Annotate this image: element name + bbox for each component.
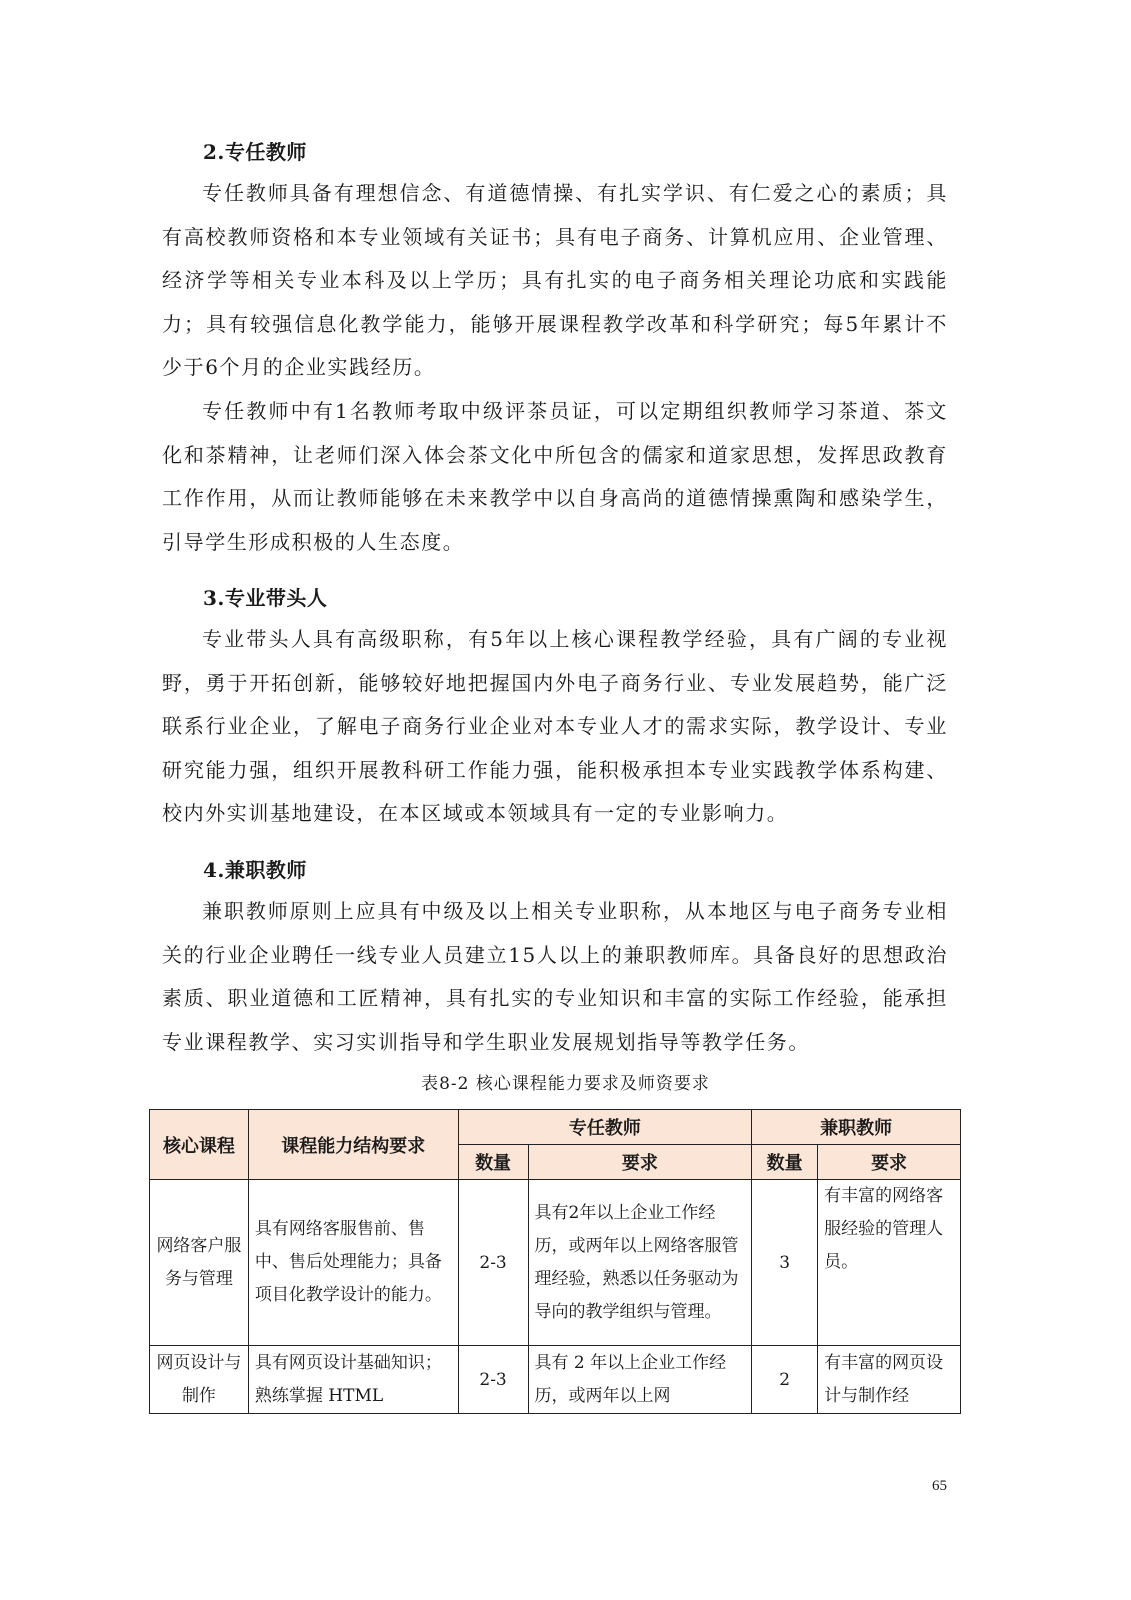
header-fulltime-count: 数量 — [458, 1145, 528, 1180]
table-row: 网络客户服务与管理 具有网络客服售前、售中、售后处理能力；具备项目化教学设计的能… — [150, 1180, 961, 1346]
paragraph-program-leader: 专业带头人具有高级职称，有5年以上核心课程教学经验，具有广阔的专业视野，勇于开拓… — [162, 618, 948, 836]
document-page: 2.专任教师 专任教师具备有理想信念、有道德情操、有扎实学识、有仁爱之心的素质；… — [0, 0, 1131, 1600]
section-heading-parttime-teachers: 4.兼职教师 — [203, 854, 307, 883]
paragraph-parttime-teachers: 兼职教师原则上应具有中级及以上相关专业职称，从本地区与电子商务专业相关的行业企业… — [162, 890, 948, 1064]
paragraph-tea-certificate: 专任教师中有1名教师考取中级评茶员证，可以定期组织教师学习茶道、茶文化和茶精神，… — [162, 390, 948, 564]
cell-fulltime-count: 2-3 — [458, 1180, 528, 1346]
header-fulltime-teachers: 专任教师 — [458, 1110, 752, 1145]
header-parttime-teachers: 兼职教师 — [752, 1110, 961, 1145]
cell-ability: 具有网络客服售前、售中、售后处理能力；具备项目化教学设计的能力。 — [248, 1180, 458, 1346]
cell-fulltime-requirement: 具有 2 年以上企业工作经历，或两年以上网 — [528, 1346, 752, 1414]
header-parttime-requirement: 要求 — [818, 1145, 961, 1180]
table-row: 网页设计与制作 具有网页设计基础知识； 熟练掌握 HTML 2-3 具有 2 年… — [150, 1346, 961, 1414]
table-header-row: 核心课程 课程能力结构要求 专任教师 兼职教师 — [150, 1110, 961, 1145]
cell-course: 网络客户服务与管理 — [150, 1180, 249, 1346]
header-parttime-count: 数量 — [752, 1145, 818, 1180]
core-course-requirements-table: 核心课程 课程能力结构要求 专任教师 兼职教师 数量 要求 数量 要求 网络客户… — [149, 1109, 961, 1414]
cell-parttime-requirement: 有丰富的网页设计与制作经 — [818, 1346, 961, 1414]
section-heading-program-leader: 3.专业带头人 — [203, 582, 327, 611]
paragraph-fulltime-qualifications: 专任教师具备有理想信念、有道德情操、有扎实学识、有仁爱之心的素质；具有高校教师资… — [162, 172, 948, 390]
section-heading-fulltime-teachers: 2.专任教师 — [203, 136, 307, 165]
cell-ability: 具有网页设计基础知识； 熟练掌握 HTML — [248, 1346, 458, 1414]
cell-fulltime-count: 2-3 — [458, 1346, 528, 1414]
cell-fulltime-requirement: 具有2年以上企业工作经历，或两年以上网络客服管理经验，熟悉以任务驱动为导向的教学… — [528, 1180, 752, 1346]
header-fulltime-requirement: 要求 — [528, 1145, 752, 1180]
table-caption: 表8-2 核心课程能力要求及师资要求 — [0, 1069, 1131, 1094]
cell-course: 网页设计与制作 — [150, 1346, 249, 1414]
cell-parttime-count: 3 — [752, 1180, 818, 1346]
page-number: 65 — [932, 1478, 947, 1495]
cell-parttime-count: 2 — [752, 1346, 818, 1414]
cell-parttime-requirement: 有丰富的网络客服经验的管理人员。 — [818, 1180, 961, 1346]
header-core-course: 核心课程 — [150, 1110, 249, 1180]
header-ability-requirements: 课程能力结构要求 — [248, 1110, 458, 1180]
